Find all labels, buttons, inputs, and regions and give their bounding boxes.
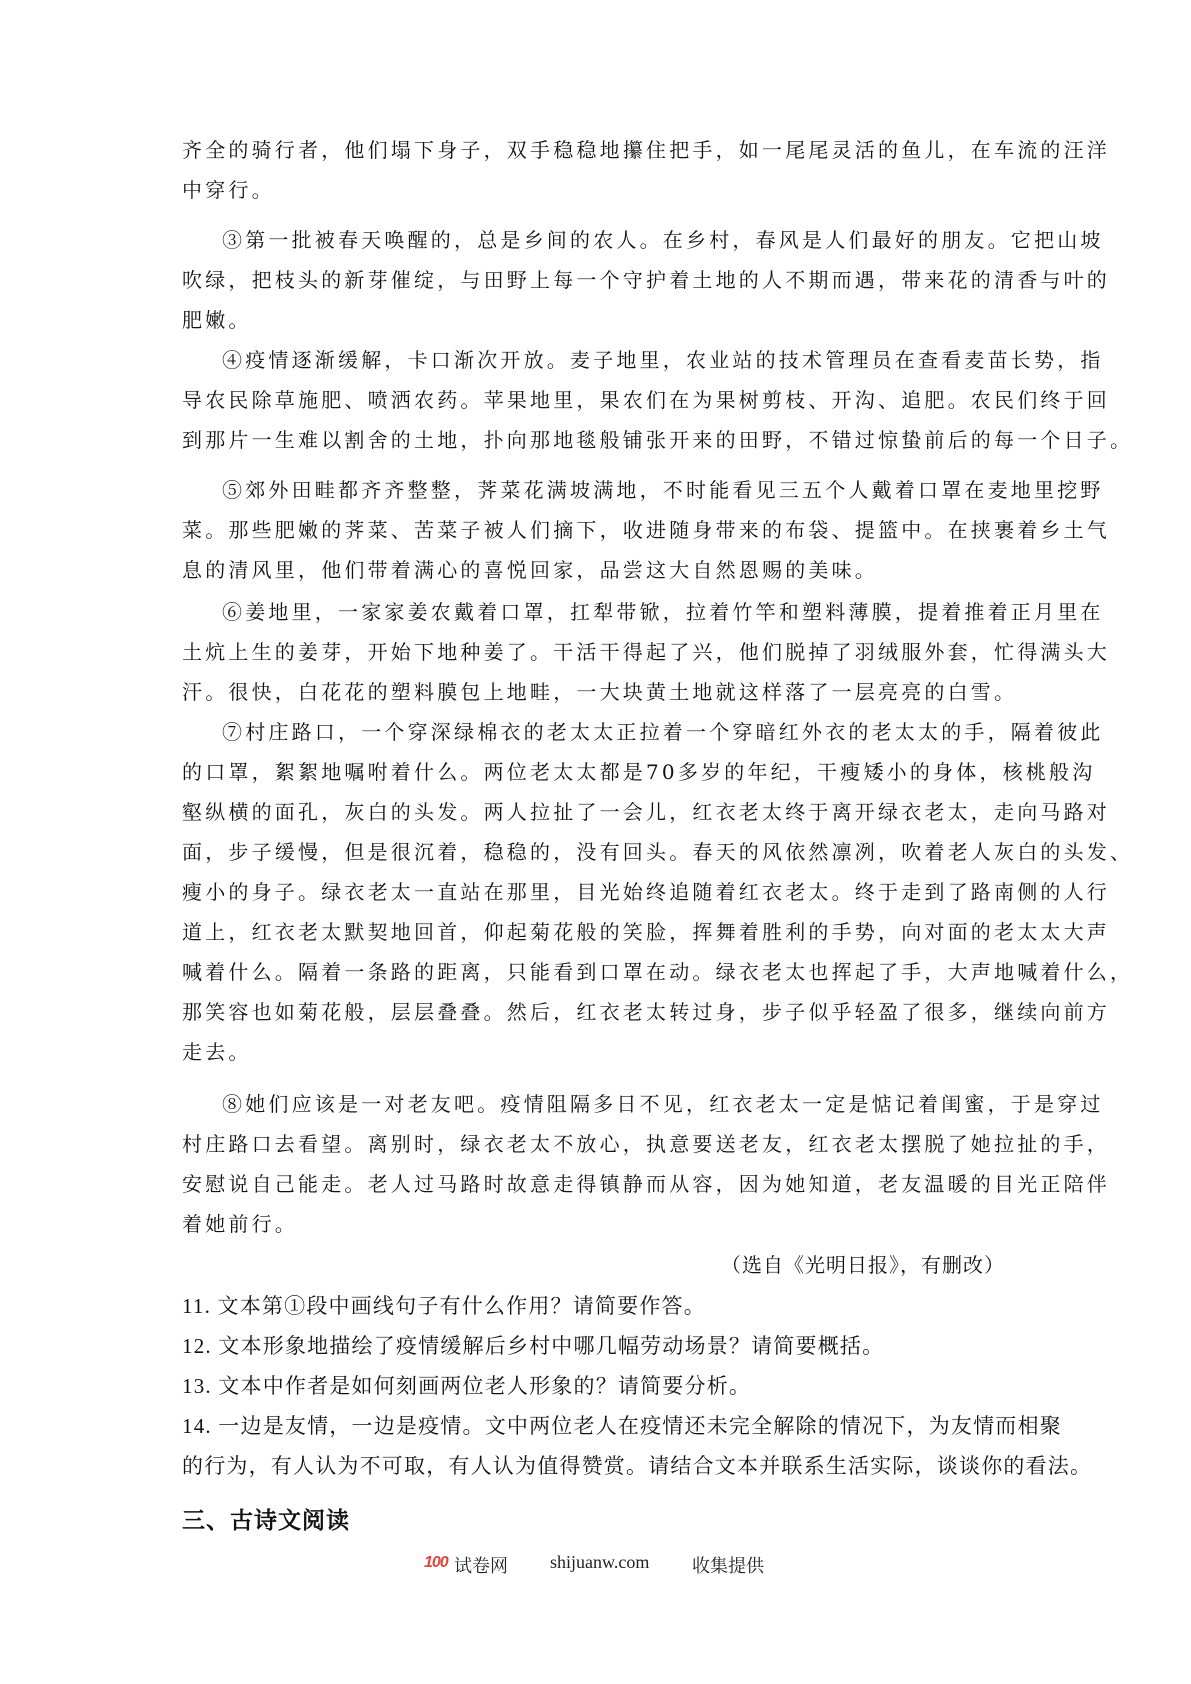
site-logo-icon: 100 [424, 1554, 448, 1572]
passage-line: 菜。那些肥嫩的荠菜、苦菜子被人们摘下，收进随身带来的布袋、提篮中。在挟裹着乡土气 [182, 518, 1012, 542]
passage-line: 面，步子缓慢，但是很沉着，稳稳的，没有回头。春天的风依然凛冽，吹着老人灰白的头发… [182, 840, 1012, 864]
footer: 100 试卷网 shijuanw.com 收集提供 [0, 1552, 1191, 1582]
passage-line: 汗。很快，白花花的塑料膜包上地畦，一大块黄土地就这样落了一层亮亮的白雪。 [182, 680, 1012, 704]
passage-source: （选自《光明日报》，有删改） [721, 1254, 1005, 1278]
question-12-line: 12. 文本形象地描绘了疫情缓解后乡村中哪几幅劳动场景？请简要概括。 [182, 1334, 1012, 1358]
passage-line: 喊着什么。隔着一条路的距离，只能看到口罩在动。绿衣老太也挥起了手，大声地喊着什么… [182, 960, 1012, 984]
passage-line: 土炕上生的姜芽，开始下地种姜了。干活干得起了兴，他们脱掉了羽绒服外套，忙得满头大 [182, 640, 1012, 664]
question-14-line: 的行为，有人认为不可取，有人认为值得赞赏。请结合文本并联系生活实际，谈谈你的看法… [182, 1454, 1012, 1478]
question-11-line: 11. 文本第①段中画线句子有什么作用？请简要作答。 [182, 1294, 1012, 1318]
passage-line: 瘦小的身子。绿衣老太一直站在那里，目光始终追随着红衣老太。终于走到了路南侧的人行 [182, 880, 1012, 904]
passage-line: ⑦村庄路口，一个穿深绿棉衣的老太太正拉着一个穿暗红外衣的老太太的手，隔着彼此 [222, 720, 1012, 744]
passage-line: 中穿行。 [182, 178, 1012, 202]
document-page: 齐全的骑行者，他们塌下身子，双手稳稳地攥住把手，如一尾尾灵活的鱼儿，在车流的汪洋… [0, 0, 1191, 1684]
passage-line: ⑧她们应该是一对老友吧。疫情阻隔多日不见，红衣老太一定是惦记着闺蜜，于是穿过 [222, 1092, 1012, 1116]
passage-line: ③第一批被春天唤醒的，总是乡间的农人。在乡村，春风是人们最好的朋友。它把山坡 [222, 228, 1012, 252]
passage-line: 息的清风里，他们带着满心的喜悦回家，品尝这大自然恩赐的美味。 [182, 558, 1012, 582]
passage-line: 的口罩，絮絮地嘱咐着什么。两位老太太都是70多岁的年纪，干瘦矮小的身体，核桃般沟 [182, 760, 1012, 784]
passage-line: 那笑容也如菊花般，层层叠叠。然后，红衣老太转过身，步子似乎轻盈了很多，继续向前方 [182, 1000, 1012, 1024]
site-url[interactable]: shijuanw.com [550, 1552, 649, 1573]
passage-line: 到那片一生难以割舍的土地，扑向那地毯般铺张开来的田野，不错过惊蛰前后的每一个日子… [182, 428, 1012, 452]
passage-line: ④疫情逐渐缓解，卡口渐次开放。麦子地里，农业站的技术管理员在查看麦苗长势，指 [222, 348, 1012, 372]
question-13-line: 13. 文本中作者是如何刻画两位老人形象的？请简要分析。 [182, 1374, 1012, 1398]
section-heading: 三、古诗文阅读 [182, 1502, 350, 1535]
passage-line: ⑤郊外田畦都齐齐整整，荠菜花满坡满地，不时能看见三五个人戴着口罩在麦地里挖野 [222, 478, 1012, 502]
passage-line: 肥嫩。 [182, 308, 1012, 332]
passage-line: 走去。 [182, 1040, 1012, 1064]
question-14-line: 14. 一边是友情，一边是疫情。文中两位老人在疫情还未完全解除的情况下，为友情而… [182, 1414, 1012, 1438]
passage-line: 齐全的骑行者，他们塌下身子，双手稳稳地攥住把手，如一尾尾灵活的鱼儿，在车流的汪洋 [182, 138, 1012, 162]
passage-line: 着她前行。 [182, 1212, 1012, 1236]
passage-line: 安慰说自己能走。老人过马路时故意走得镇静而从容，因为她知道，老友温暖的目光正陪伴 [182, 1172, 1012, 1196]
site-name: 试卷网 [454, 1552, 508, 1578]
passage-line: ⑥姜地里，一家家姜农戴着口罩，扛犁带锨，拉着竹竿和塑料薄膜，提着推着正月里在 [222, 600, 1012, 624]
passage-line: 壑纵横的面孔，灰白的头发。两人拉扯了一会儿，红衣老太终于离开绿衣老太，走向马路对 [182, 800, 1012, 824]
footer-credit: 收集提供 [692, 1552, 764, 1578]
passage-line: 吹绿，把枝头的新芽催绽，与田野上每一个守护着土地的人不期而遇，带来花的清香与叶的 [182, 268, 1012, 292]
passage-line: 道上，红衣老太默契地回首，仰起菊花般的笑脸，挥舞着胜利的手势，向对面的老太太大声 [182, 920, 1012, 944]
passage-line: 村庄路口去看望。离别时，绿衣老太不放心，执意要送老友，红衣老太摆脱了她拉扯的手， [182, 1132, 1012, 1156]
passage-line: 导农民除草施肥、喷洒农药。苹果地里，果农们在为果树剪枝、开沟、追肥。农民们终于回 [182, 388, 1012, 412]
